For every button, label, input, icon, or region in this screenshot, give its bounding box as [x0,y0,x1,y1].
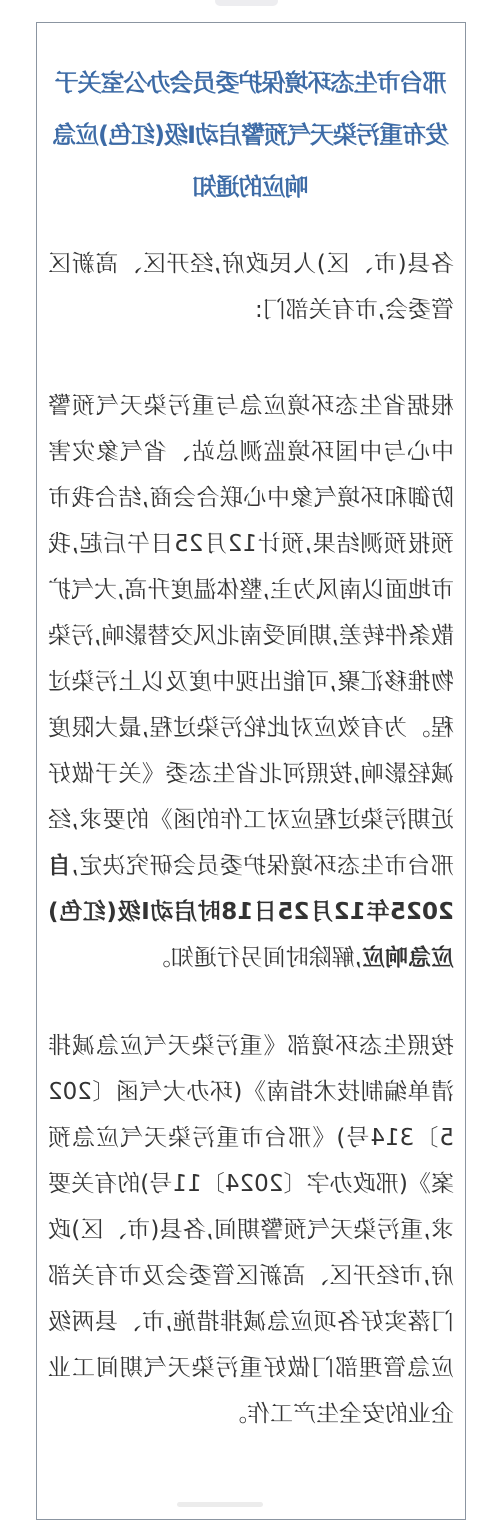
top-cropped-artifact [215,0,278,6]
notice-document-frame: 邢台市生态环境保护委员会办公室关于发布重污染天气预警启动I级(红色)应急响应的通… [36,22,466,1520]
body-tail-text: ,解除时间另行通知。 [148,945,362,971]
bottom-watermark-artifact [177,1502,263,1507]
mirrored-page: 邢台市生态环境保护委员会办公室关于发布重污染天气预警启动I级(红色)应急响应的通… [0,0,500,1533]
notice-requirements-paragraph: 按照生态环境部《重污染天气应急减排清单编制技术指南》(环办大气函〔2025〕31… [48,1023,454,1437]
notice-title: 邢台市生态环境保护委员会办公室关于发布重污染天气预警启动I级(红色)应急响应的通… [48,57,454,213]
notice-body-paragraph: 根据省生态环境应急与重污染天气预警中心与中国环境监测总站、省气象灾害防御和环境气… [48,383,454,981]
body-lead-text: 根据省生态环境应急与重污染天气预警中心与中国环境监测总站、省气象灾害防御和环境气… [48,393,454,879]
notice-salutation: 各县(市、区)人民政府,经开区、高新区管委会,市有关部门: [48,241,454,333]
